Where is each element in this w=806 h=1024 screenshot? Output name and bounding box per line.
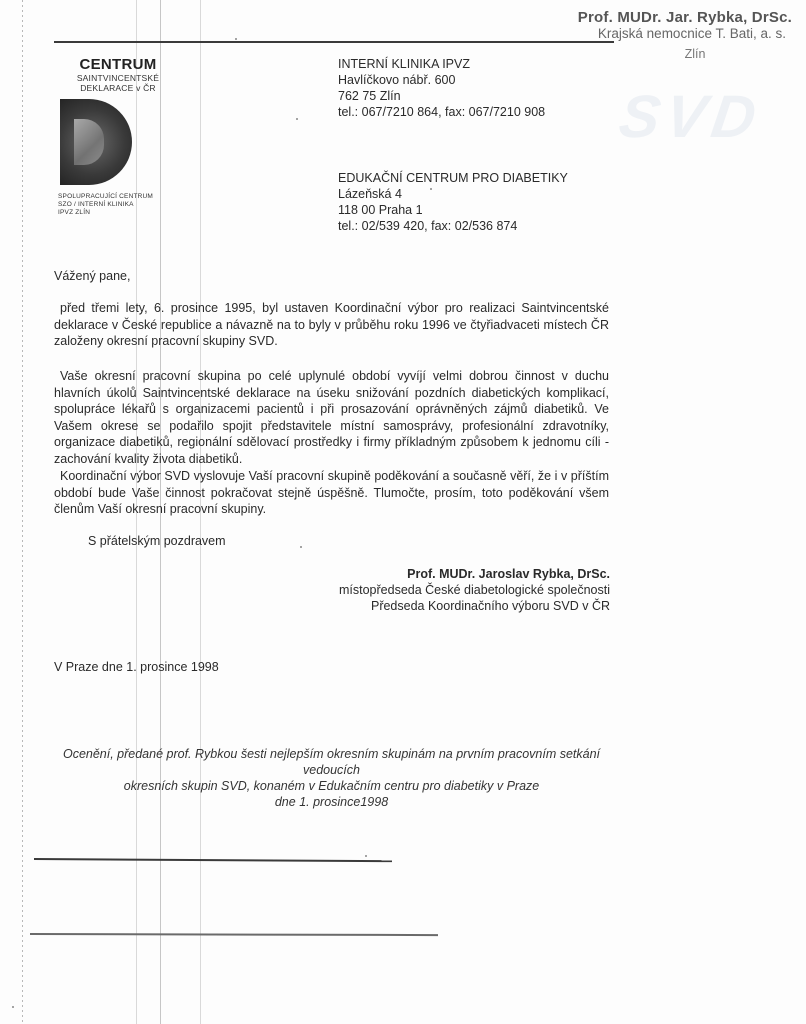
caption-line: Ocenění, předané prof. Rybkou šesti nejl… xyxy=(54,746,609,778)
address-line: Lázeňská 4 xyxy=(338,186,568,202)
place-and-date: V Praze dne 1. prosince 1998 xyxy=(54,660,219,674)
header-rule xyxy=(54,41,614,43)
award-caption: Ocenění, předané prof. Rybkou šesti nejl… xyxy=(54,746,609,810)
address-line: INTERNÍ KLINIKA IPVZ xyxy=(338,56,545,72)
scan-speck xyxy=(365,855,367,857)
paragraph-text: před třemi lety, 6. prosince 1995, byl u… xyxy=(54,300,609,350)
closing-greeting: S přátelským pozdravem xyxy=(88,534,226,548)
logo-caption-line: SZO / INTERNÍ KLINIKA xyxy=(58,201,178,209)
paragraph-text: Vaše okresní pracovní skupina po celé up… xyxy=(54,368,609,467)
address-line: 118 00 Praha 1 xyxy=(338,202,568,218)
address-interni-klinika: INTERNÍ KLINIKA IPVZ Havlíčkovo nábř. 60… xyxy=(338,56,545,120)
bottom-rule-2 xyxy=(30,933,438,936)
logo-caption: SPOLUPRACUJÍCÍ CENTRUM SZO / INTERNÍ KLI… xyxy=(58,193,178,217)
logo-subtitle-2: DEKLARACE v ČR xyxy=(58,83,178,93)
centrum-logo: CENTRUM SAINTVINCENTSKÉ DEKLARACE v ČR S… xyxy=(58,56,178,217)
signatory-title-1: místopředseda České diabetologické spole… xyxy=(339,582,610,598)
salutation: Vážený pane, xyxy=(54,268,609,285)
stamp-line-2: Krajská nemocnice T. Bati, a. s. xyxy=(560,26,800,42)
signatory-title-2: Předseda Koordinačního výboru SVD v ČR xyxy=(339,598,610,614)
paragraph-text: Koordinační výbor SVD vyslovuje Vaší pra… xyxy=(54,468,609,518)
scan-artifact-line xyxy=(22,0,23,1024)
scan-speck xyxy=(235,38,237,40)
address-line: tel.: 067/7210 864, fax: 067/7210 908 xyxy=(338,104,545,120)
address-line: EDUKAČNÍ CENTRUM PRO DIABETIKY xyxy=(338,170,568,186)
scan-speck xyxy=(430,188,432,190)
scan-speck xyxy=(12,1006,14,1008)
stamp-line-3: Zlín xyxy=(560,46,800,62)
paragraph-1: před třemi lety, 6. prosince 1995, byl u… xyxy=(54,300,609,350)
stamp-line-1: Prof. MUDr. Jar. Rybka, DrSc. xyxy=(560,10,800,26)
logo-subtitle-1: SAINTVINCENTSKÉ xyxy=(58,73,178,83)
scan-speck xyxy=(296,118,298,120)
paragraph-3: Koordinační výbor SVD vyslovuje Vaší pra… xyxy=(54,468,609,518)
scan-speck xyxy=(300,546,302,548)
signatory-name: Prof. MUDr. Jaroslav Rybka, DrSc. xyxy=(339,566,610,582)
address-line: tel.: 02/539 420, fax: 02/536 874 xyxy=(338,218,568,234)
signature-stamp: Prof. MUDr. Jar. Rybka, DrSc. Krajská ne… xyxy=(560,10,800,62)
logo-title: CENTRUM xyxy=(58,56,178,73)
address-line: 762 75 Zlín xyxy=(338,88,545,104)
svd-watermark: SVD xyxy=(615,82,766,151)
caption-line: okresních skupin SVD, konaném v Edukační… xyxy=(54,778,609,794)
bottom-rule-1 xyxy=(34,858,392,862)
signature-block: Prof. MUDr. Jaroslav Rybka, DrSc. místop… xyxy=(339,566,610,614)
letter-d-europe-icon xyxy=(60,99,132,185)
logo-caption-line: SPOLUPRACUJÍCÍ CENTRUM xyxy=(58,193,178,201)
address-edukacni-centrum: EDUKAČNÍ CENTRUM PRO DIABETIKY Lázeňská … xyxy=(338,170,568,234)
paragraph-2: Vaše okresní pracovní skupina po celé up… xyxy=(54,368,609,467)
caption-line: dne 1. prosince1998 xyxy=(54,794,609,810)
address-line: Havlíčkovo nábř. 600 xyxy=(338,72,545,88)
logo-caption-line: IPVZ ZLÍN xyxy=(58,209,178,217)
